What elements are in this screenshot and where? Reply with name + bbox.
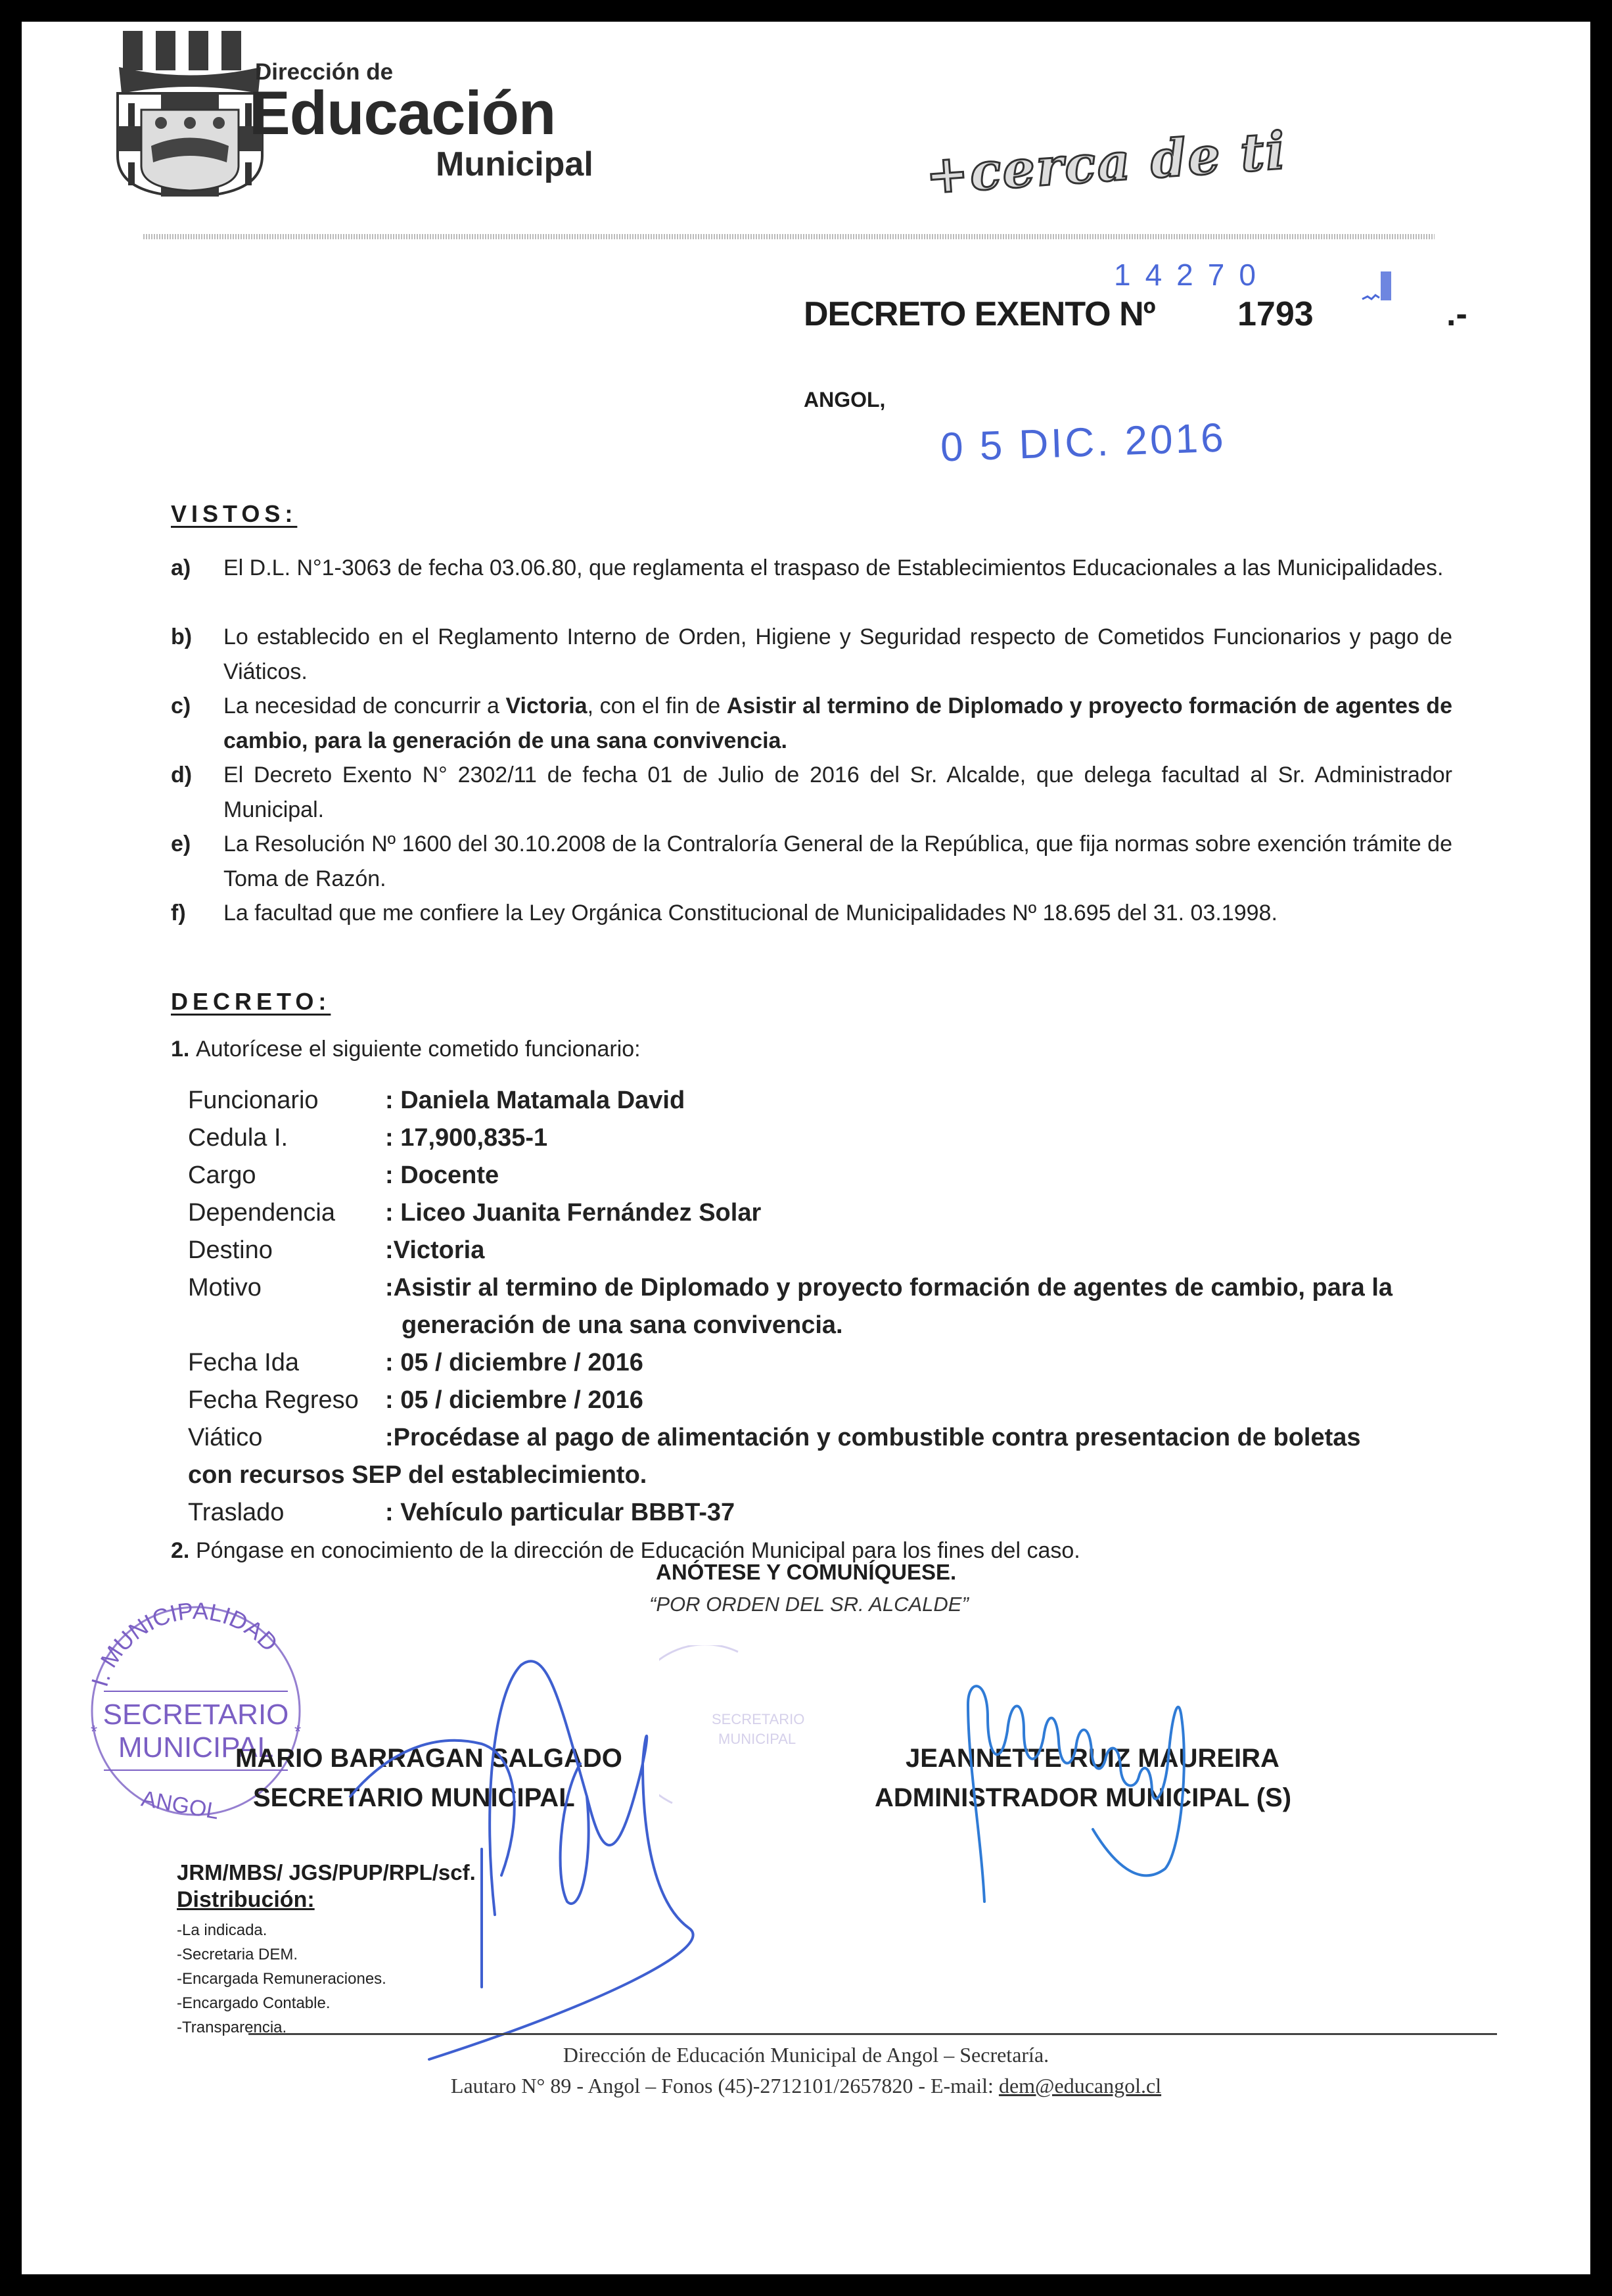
field-value: :Asistir al termino de Diplomado y proye…	[385, 1274, 1393, 1302]
anotese-text: ANÓTESE Y COMUNÍQUESE.	[656, 1560, 956, 1585]
header-divider	[143, 234, 1435, 239]
decree-suffix: .-	[1446, 294, 1467, 334]
item-label: a)	[171, 551, 191, 586]
slogan: +cerca de ti	[923, 121, 1288, 206]
signatory-2-name: JEANNETTE RUIZ MAUREIRA	[906, 1744, 1279, 1773]
field-value: : Liceo Juanita Fernández Solar	[385, 1199, 761, 1227]
field-value: : Vehículo particular BBBT-37	[385, 1499, 735, 1527]
field-key: Cargo	[188, 1161, 256, 1190]
field-value-cont: con recursos SEP del establecimiento.	[188, 1461, 647, 1489]
place-label: ANGOL,	[804, 388, 885, 412]
item-label: c)	[171, 689, 191, 724]
svg-text:MUNICIPAL: MUNICIPAL	[718, 1731, 796, 1747]
svg-text:SECRETARIO: SECRETARIO	[712, 1711, 804, 1727]
signatory-1-name: MARIO BARRAGAN SALGADO	[235, 1744, 622, 1773]
vistos-item-e: e) La Resolución Nº 1600 del 30.10.2008 …	[171, 827, 1452, 899]
svg-text:ANGOL: ANGOL	[139, 1786, 221, 1824]
item-text: Autorícese el siguiente cometido funcion…	[196, 1032, 1425, 1067]
distribution-item: -La indicada.	[177, 1918, 386, 1942]
distribution-item: -Encargada Remuneraciones.	[177, 1967, 386, 1991]
field-key: Fecha Regreso	[188, 1386, 359, 1415]
vistos-heading: VISTOS:	[171, 500, 297, 528]
decreto-item-1: 1. Autorícese el siguiente cometido func…	[171, 1032, 1452, 1068]
field-value: :Procédase al pago de alimentación y com…	[385, 1424, 1361, 1452]
logo-line-educacion: Educación	[249, 82, 555, 144]
item-label: d)	[171, 758, 192, 793]
date-stamp: 0 5 DIC. 2016	[940, 414, 1227, 471]
footer-line-2: Lautaro N° 89 - Angol – Fonos (45)-27121…	[22, 2074, 1590, 2098]
distribution-heading: Distribución:	[177, 1887, 315, 1913]
field-value: : Daniela Matamala David	[385, 1087, 685, 1115]
vistos-item-a: a) El D.L. N°1-3063 de fecha 03.06.80, q…	[171, 551, 1452, 623]
decree-number: 1793	[1237, 294, 1314, 334]
vistos-item-d: d) El Decreto Exento N° 2302/11 de fecha…	[171, 758, 1452, 830]
registry-number-stamp: 14270	[1114, 257, 1270, 293]
footer-email-link[interactable]: dem@educangol.cl	[999, 2074, 1161, 2097]
field-value-cont: generación de una sana convivencia.	[402, 1311, 843, 1340]
svg-text:SECRETARIO: SECRETARIO	[103, 1699, 289, 1731]
field-key: Viático	[188, 1424, 262, 1452]
vistos-item-c: c) La necesidad de concurrir a Victoria,…	[171, 689, 1452, 761]
item-text: La necesidad de concurrir a Victoria, co…	[223, 689, 1452, 759]
field-key: Dependencia	[188, 1199, 335, 1227]
decreto-heading: DECRETO:	[171, 988, 331, 1016]
signatory-1-title: SECRETARIO MUNICIPAL	[253, 1783, 575, 1813]
field-value: :Victoria	[385, 1236, 484, 1265]
item-label: 2.	[171, 1534, 189, 1568]
vistos-item-f: f) La facultad que me confiere la Ley Or…	[171, 896, 1452, 935]
svg-text:I. MUNICIPALIDAD: I. MUNICIPALIDAD	[86, 1597, 283, 1690]
logo-line-municipal: Municipal	[436, 145, 593, 184]
field-key: Destino	[188, 1236, 273, 1265]
field-key: Fecha Ida	[188, 1349, 299, 1377]
footer-contact: Lautaro N° 89 - Angol – Fonos (45)-27121…	[451, 2074, 999, 2097]
item-label: e)	[171, 827, 191, 862]
field-key: Funcionario	[188, 1087, 319, 1115]
vistos-item-b: b) Lo establecido en el Reglamento Inter…	[171, 620, 1452, 692]
field-key: Cedula I.	[188, 1124, 288, 1152]
distribution-item: -Transparencia.	[177, 2015, 386, 2040]
item-text: Lo establecido en el Reglamento Interno …	[223, 620, 1452, 690]
field-value: : 05 / diciembre / 2016	[385, 1386, 643, 1415]
decree-title: DECRETO EXENTO Nº	[804, 294, 1155, 334]
signatory-2-title: ADMINISTRADOR MUNICIPAL (S)	[875, 1783, 1291, 1813]
distribution-item: -Encargado Contable.	[177, 1991, 386, 2015]
field-key: Motivo	[188, 1274, 262, 1302]
field-key: Traslado	[188, 1499, 284, 1527]
field-value: : Docente	[385, 1161, 499, 1190]
field-value: : 05 / diciembre / 2016	[385, 1349, 643, 1377]
item-label: f)	[171, 896, 186, 931]
footer-line-1: Dirección de Educación Municipal de Ango…	[22, 2043, 1590, 2067]
distribution-list: -La indicada. -Secretaria DEM. -Encargad…	[177, 1918, 386, 2040]
item-text: La Resolución Nº 1600 del 30.10.2008 de …	[223, 827, 1452, 897]
reference-initials: JRM/MBS/ JGS/PUP/RPL/scf.	[177, 1860, 476, 1885]
faint-seal-icon: SECRETARIO MUNICIPAL	[659, 1645, 817, 1816]
item-label: 1.	[171, 1032, 189, 1067]
distribution-item: -Secretaria DEM.	[177, 1942, 386, 1967]
item-text: El Decreto Exento N° 2302/11 de fecha 01…	[223, 758, 1452, 828]
por-orden-text: “POR ORDEN DEL SR. ALCALDE”	[649, 1593, 969, 1616]
document-page: Dirección de Educación Municipal +cerca …	[22, 22, 1590, 2274]
svg-text:*: *	[294, 1722, 301, 1741]
item-label: b)	[171, 620, 192, 655]
item-text: La facultad que me confiere la Ley Orgán…	[223, 896, 1452, 931]
initials-stamp-icon	[1361, 265, 1394, 304]
svg-text:*: *	[91, 1722, 97, 1741]
municipal-crest-icon	[115, 31, 265, 197]
field-value: : 17,900,835-1	[385, 1124, 547, 1152]
item-text: El D.L. N°1-3063 de fecha 03.06.80, que …	[223, 551, 1452, 586]
footer-divider	[248, 2033, 1497, 2035]
